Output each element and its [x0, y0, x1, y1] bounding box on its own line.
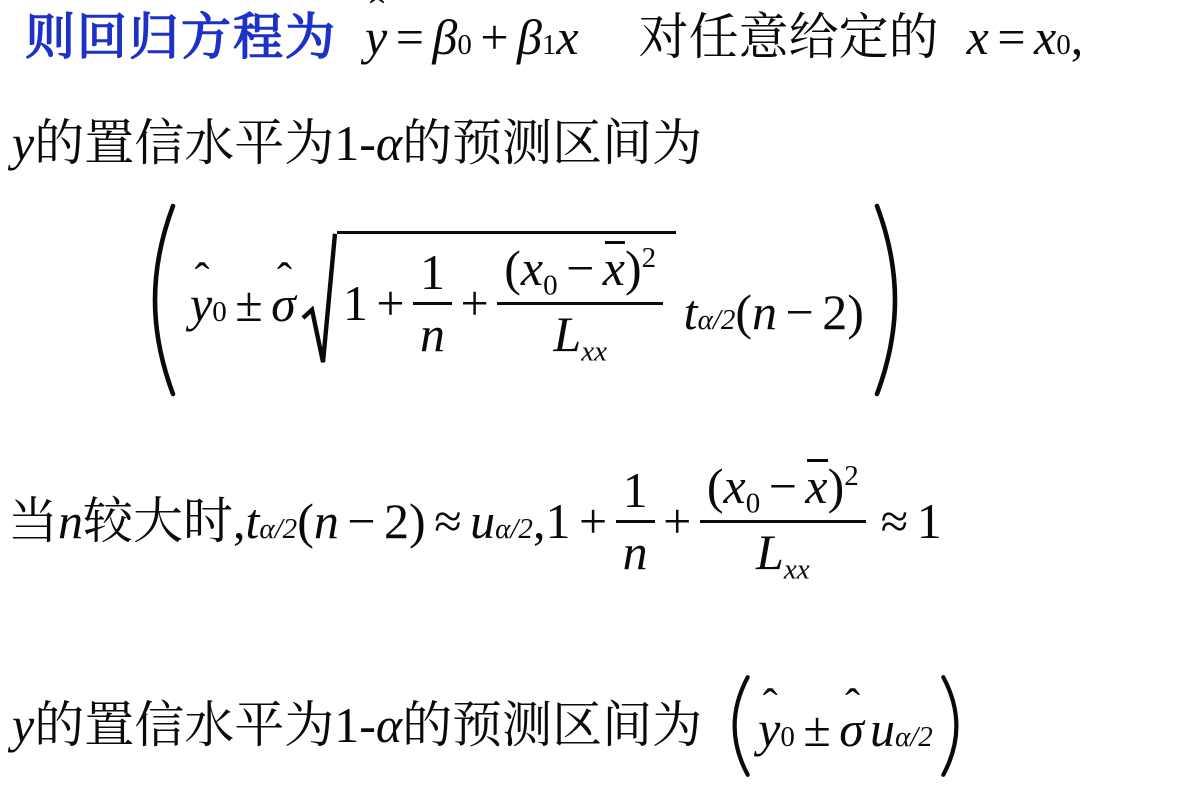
prediction-interval-formula: yˆ 0 ± σˆ 1 + 1 n + (x0−x)2 Lxx: [150, 202, 900, 398]
sentence-text: 较大时: [83, 490, 233, 553]
math-token: y: [12, 112, 34, 175]
x-bar: x: [805, 458, 827, 514]
minus-sign: −: [786, 281, 814, 344]
heading-line: 则回归方程为 yˆ = βˆ 0 + βˆ 1 x 对任意给定的 x = x 0…: [25, 6, 1083, 69]
frac-1-over-n: 1 n: [616, 462, 655, 580]
hat-mark: ˆ: [194, 257, 209, 302]
subscript-xx: xx: [784, 553, 810, 585]
x-equals-x0: x = x 0 ,: [967, 6, 1084, 69]
numerator: 1: [616, 462, 655, 523]
simplified-interval: yˆ 0 ± σˆ u α/2: [758, 698, 933, 761]
comma: ,: [233, 490, 246, 553]
denominator: Lxx: [553, 305, 607, 367]
given-text: 对任意给定的: [639, 6, 939, 69]
plus-minus-sign: ±: [235, 273, 262, 336]
denominator: Lxx: [756, 523, 810, 585]
paren: ): [625, 240, 642, 296]
plus-sign: +: [579, 490, 607, 553]
math-token: t: [246, 490, 260, 553]
sentence-text: 的预测区间为: [402, 112, 702, 175]
radicand: 1 + 1 n + (x0−x)2 Lxx: [337, 231, 676, 369]
numerator: (x0−x)2: [497, 240, 663, 305]
sigma-hat: σˆ: [839, 698, 864, 761]
y-hat: yˆ: [190, 273, 212, 336]
minus-sign: −: [769, 458, 797, 514]
frac-squared-dev-over-Lxx: (x0−x)2 Lxx: [497, 240, 663, 367]
math-token: 1: [545, 490, 570, 553]
math-token: x: [805, 458, 827, 514]
math-token: y: [12, 694, 34, 757]
comma: ,: [533, 490, 546, 553]
subscript-0: 0: [212, 298, 227, 327]
hat-mark: ˆ: [440, 0, 455, 30]
approx-sign: ≈: [881, 490, 908, 553]
overline-mark: [605, 241, 625, 244]
frac-1-over-n: 1 n: [413, 244, 452, 362]
subscript-alpha-over-2: α/2: [698, 306, 736, 335]
paren: ): [828, 458, 845, 514]
subscript-xx: xx: [581, 336, 607, 368]
math-token: 2: [384, 490, 409, 553]
y-hat: yˆ: [758, 698, 780, 761]
plus-minus-sign: ±: [803, 698, 830, 761]
paren: (: [504, 240, 521, 296]
plus-sign: +: [663, 490, 691, 553]
large-n-approximation: 当 n 较大时 , t α/2 ( n − 2 ) ≈ u α/2 , 1 + …: [8, 437, 942, 605]
yhat0-pm-sigmahat: yˆ 0 ± σˆ: [190, 273, 296, 336]
sigma-hat: σˆ: [271, 273, 296, 336]
math-token: t: [684, 281, 698, 344]
math-token: x: [521, 240, 543, 296]
heading-title: 则回归方程为: [25, 6, 337, 69]
alpha-symbol: α: [376, 112, 402, 175]
math-token: L: [756, 524, 784, 580]
paren: (: [297, 490, 314, 553]
subscript-0: 0: [457, 31, 472, 60]
numerator: 1: [413, 244, 452, 305]
minus-sign: −: [347, 490, 375, 553]
subscript-0: 0: [746, 487, 761, 519]
plus-sign: +: [461, 272, 489, 335]
subscript-1: 1: [542, 31, 557, 60]
one-minus: 1-: [334, 112, 376, 175]
hat-mark: ˆ: [845, 683, 860, 728]
comma: ,: [1071, 6, 1084, 69]
beta0-hat: βˆ: [432, 6, 457, 69]
math-token: 1: [343, 272, 368, 335]
math-token: x: [724, 458, 746, 514]
one-minus: 1-: [334, 694, 376, 757]
left-paren-medium: [730, 674, 750, 778]
plus-sign: +: [480, 6, 508, 69]
u-quantile-term: u α/2: [470, 490, 533, 553]
subscript-0: 0: [1056, 31, 1071, 60]
sentence-text: 当: [8, 490, 58, 553]
hat-mark: ˆ: [763, 683, 778, 728]
math-token: n: [752, 281, 777, 344]
math-token: L: [553, 306, 581, 362]
x-bar: x: [603, 240, 625, 296]
y-hat: yˆ: [365, 6, 387, 69]
sentence-text: 的置信水平为: [34, 112, 334, 175]
minus-sign: −: [566, 240, 594, 296]
math-token: x: [603, 240, 625, 296]
math-token: n: [58, 490, 83, 553]
equals-sign: =: [396, 6, 424, 69]
math-token: x: [1034, 6, 1056, 69]
math-token: x: [556, 6, 578, 69]
approx-sign: ≈: [434, 490, 461, 553]
denominator: n: [623, 523, 648, 581]
subscript-alpha-over-2: α/2: [259, 515, 297, 544]
sentence-text: 的预测区间为: [402, 694, 702, 757]
alpha-symbol: α: [376, 694, 402, 757]
sentence-group: y 的置信水平为 1- α 的预测区间为: [12, 694, 702, 757]
math-token: 2: [822, 281, 847, 344]
t-quantile-term: t α/2 ( n − 2 ): [684, 281, 864, 344]
left-paren-big: [150, 202, 176, 398]
numerator: (x0−x)2: [700, 458, 866, 523]
regression-equation: yˆ = βˆ 0 + βˆ 1 x: [365, 6, 579, 69]
frac-squared-dev-over-Lxx: (x0−x)2 Lxx: [700, 458, 866, 585]
square-root: 1 + 1 n + (x0−x)2 Lxx: [301, 231, 676, 369]
radical-sign: [301, 231, 337, 369]
slide: 则回归方程为 yˆ = βˆ 0 + βˆ 1 x 对任意给定的 x = x 0…: [0, 0, 1195, 807]
confidence-sentence-1: y 的置信水平为 1- α 的预测区间为: [12, 112, 702, 175]
hat-mark: ˆ: [369, 0, 384, 36]
beta1-hat: βˆ: [517, 6, 542, 69]
overline-mark: [807, 459, 827, 462]
subscript-0: 0: [780, 723, 795, 752]
subscript-0: 0: [543, 269, 558, 301]
superscript-2: 2: [844, 460, 859, 492]
paren: ): [409, 490, 426, 553]
math-token: u: [870, 698, 895, 761]
denominator: n: [420, 305, 445, 363]
math-token: 1: [917, 490, 942, 553]
subscript-alpha-over-2: α/2: [495, 515, 533, 544]
math-token: x: [967, 6, 989, 69]
superscript-2: 2: [642, 242, 657, 274]
right-paren-big: [874, 202, 900, 398]
equals-sign: =: [997, 6, 1025, 69]
subscript-alpha-over-2: α/2: [895, 723, 933, 752]
t-quantile-term: t α/2 ( n − 2 ): [246, 490, 426, 553]
paren: (: [735, 281, 752, 344]
confidence-sentence-2: y 的置信水平为 1- α 的预测区间为 yˆ 0 ± σˆ u α/2: [12, 668, 961, 783]
right-paren-medium: [941, 674, 961, 778]
sentence-text: 的置信水平为: [34, 694, 334, 757]
math-token: u: [470, 490, 495, 553]
paren: ): [847, 281, 864, 344]
plus-sign: +: [376, 272, 404, 335]
hat-mark: ˆ: [277, 257, 292, 302]
math-token: n: [314, 490, 339, 553]
hat-mark: ˆ: [525, 0, 540, 30]
paren: (: [707, 458, 724, 514]
